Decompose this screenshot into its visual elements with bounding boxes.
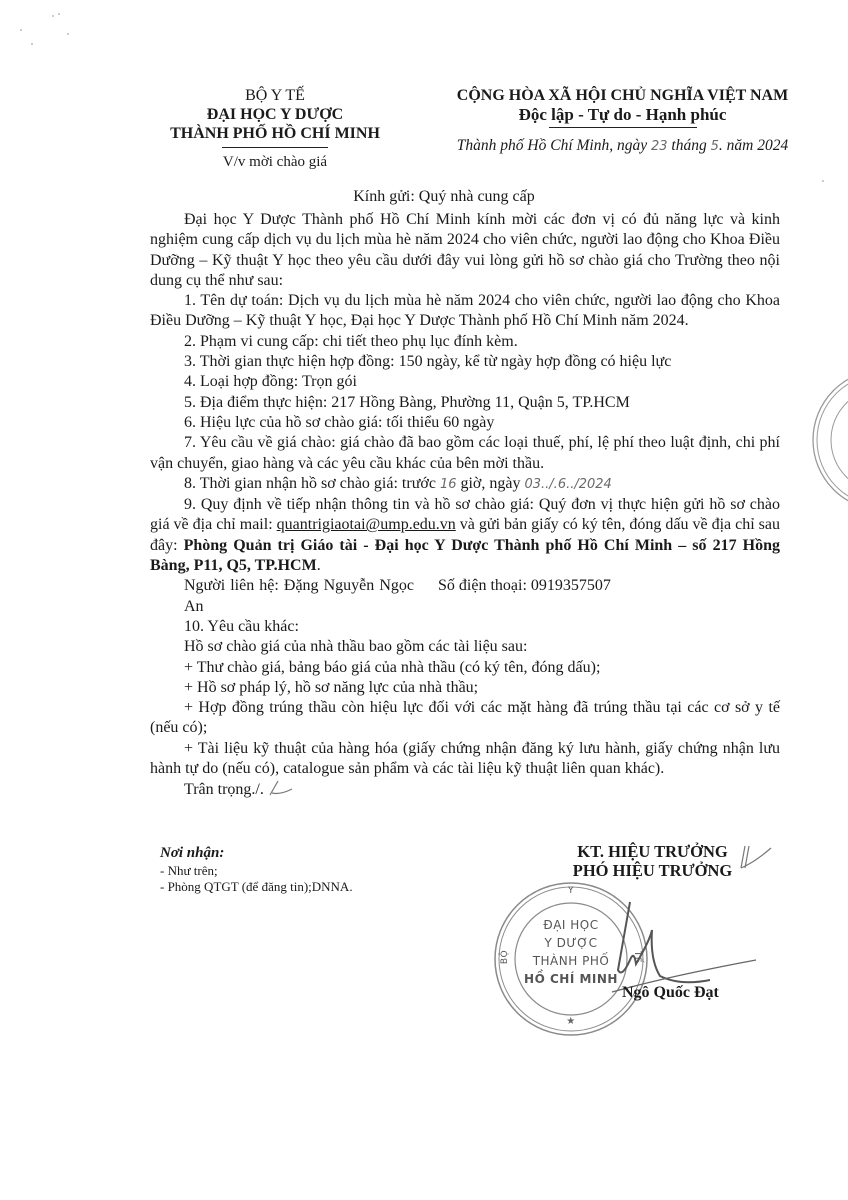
scan-artifact: [52, 15, 54, 17]
contact-row: Người liên hệ: Đặng Nguyễn Ngọc An Số đi…: [150, 576, 780, 617]
item-4: 4. Loại hợp đồng: Trọn gói: [150, 372, 780, 392]
seal-left-arc: BỘ: [500, 878, 510, 1036]
date-suffix: . năm 2024: [719, 137, 788, 154]
date-prefix: Thành phố Hồ Chí Minh, ngày: [457, 137, 651, 154]
divider: [222, 147, 328, 148]
closing: Trân trọng./.: [150, 779, 780, 800]
initial-mark-icon: [268, 779, 294, 797]
scan-artifact: [58, 13, 60, 15]
handwritten-month: 5: [711, 139, 719, 154]
date-mid: tháng: [668, 137, 711, 154]
item-7: 7. Yêu cầu về giá chào: giá chào đã bao …: [150, 433, 780, 474]
closing-text: Trân trọng./.: [184, 781, 264, 798]
email-link[interactable]: quantrigiaotai@ump.edu.vn: [277, 516, 456, 533]
doc-item: + Hồ sơ pháp lý, hồ sơ năng lực của nhà …: [150, 678, 780, 698]
contact-phone: Số điện thoại: 0919357507: [414, 576, 611, 617]
document-date: Thành phố Hồ Chí Minh, ngày 23 tháng 5. …: [430, 136, 815, 156]
ministry-name: BỘ Y TẾ: [150, 86, 400, 105]
republic-name: CỘNG HÒA XÃ HỘI CHỦ NGHĨA VIỆT NAM: [430, 86, 815, 105]
item-8-text: 8. Thời gian nhận hồ sơ chào giá: trước: [184, 475, 440, 492]
doc-item: + Hợp đồng trúng thầu còn hiệu lực đối v…: [150, 698, 780, 739]
recipient-item: - Phòng QTGT (để đăng tin);DNNA.: [160, 879, 353, 895]
contact-person: Người liên hệ: Đặng Nguyễn Ngọc An: [184, 576, 414, 617]
university-city: THÀNH PHỐ HỒ CHÍ MINH: [150, 124, 400, 143]
recipients-block: Nơi nhận: - Như trên; - Phòng QTGT (để đ…: [160, 845, 353, 895]
doc-item: + Thư chào giá, bảng báo giá của nhà thầ…: [150, 658, 780, 678]
doc-item: + Tài liệu kỹ thuật của hàng hóa (giấy c…: [150, 739, 780, 780]
letter-body: Đại học Y Dược Thành phố Hồ Chí Minh kín…: [150, 210, 780, 801]
partial-seal-icon: [808, 365, 848, 515]
document-subject: V/v mời chào giá: [150, 153, 400, 172]
item-10: 10. Yêu cầu khác:: [150, 617, 780, 637]
item-6: 6. Hiệu lực của hồ sơ chào giá: tối thiể…: [150, 413, 780, 433]
signer-line-2: PHÓ HIỆU TRƯỞNG: [540, 861, 765, 880]
item-10-intro: Hồ sơ chào giá của nhà thầu bao gồm các …: [150, 637, 780, 657]
national-motto: Độc lập - Tự do - Hạnh phúc: [519, 105, 727, 124]
signer-title: KT. HIỆU TRƯỞNG PHÓ HIỆU TRƯỞNG: [540, 842, 765, 880]
seal-top-letter: Y: [492, 886, 650, 896]
item-3: 3. Thời gian thực hiện hợp đồng: 150 ngà…: [150, 352, 780, 372]
item-5: 5. Địa điểm thực hiện: 217 Hồng Bàng, Ph…: [150, 393, 780, 413]
scan-artifact: [20, 29, 22, 31]
item-1: 1. Tên dự toán: Dịch vụ du lịch mùa hè n…: [150, 291, 780, 332]
item-8-mid: giờ, ngày: [456, 475, 524, 492]
handwritten-hour: 16: [440, 477, 457, 492]
submission-address: Phòng Quản trị Giáo tài - Đại học Y Dược…: [150, 537, 780, 574]
item-9: 9. Quy định về tiếp nhận thông tin và hồ…: [150, 495, 780, 576]
scan-artifact: [67, 33, 69, 35]
recipient-item: - Như trên;: [160, 863, 353, 879]
handwritten-deadline-date: 03../.6../2024: [525, 477, 612, 492]
initial-mark-icon: [735, 842, 775, 872]
university-name: ĐẠI HỌC Y DƯỢC: [150, 105, 400, 124]
signer-name: Ngô Quốc Đạt: [622, 984, 719, 1002]
item-8: 8. Thời gian nhận hồ sơ chào giá: trước …: [150, 474, 780, 495]
recipients-title: Nơi nhận:: [160, 845, 353, 861]
handwritten-day: 23: [651, 139, 668, 154]
scan-artifact: [31, 43, 33, 45]
salutation: Kính gửi: Quý nhà cung cấp: [0, 188, 848, 206]
scan-artifact: [822, 180, 824, 182]
item-9-end: .: [317, 557, 321, 574]
intro-paragraph: Đại học Y Dược Thành phố Hồ Chí Minh kín…: [150, 210, 780, 291]
national-header: CỘNG HÒA XÃ HỘI CHỦ NGHĨA VIỆT NAM Độc l…: [430, 86, 815, 156]
item-2: 2. Phạm vi cung cấp: chi tiết theo phụ l…: [150, 332, 780, 352]
issuer-block: BỘ Y TẾ ĐẠI HỌC Y DƯỢC THÀNH PHỐ HỒ CHÍ …: [150, 86, 400, 172]
signer-line-1: KT. HIỆU TRƯỞNG: [540, 842, 765, 861]
divider: [549, 127, 697, 128]
seal-star-icon: ★: [492, 1016, 650, 1027]
